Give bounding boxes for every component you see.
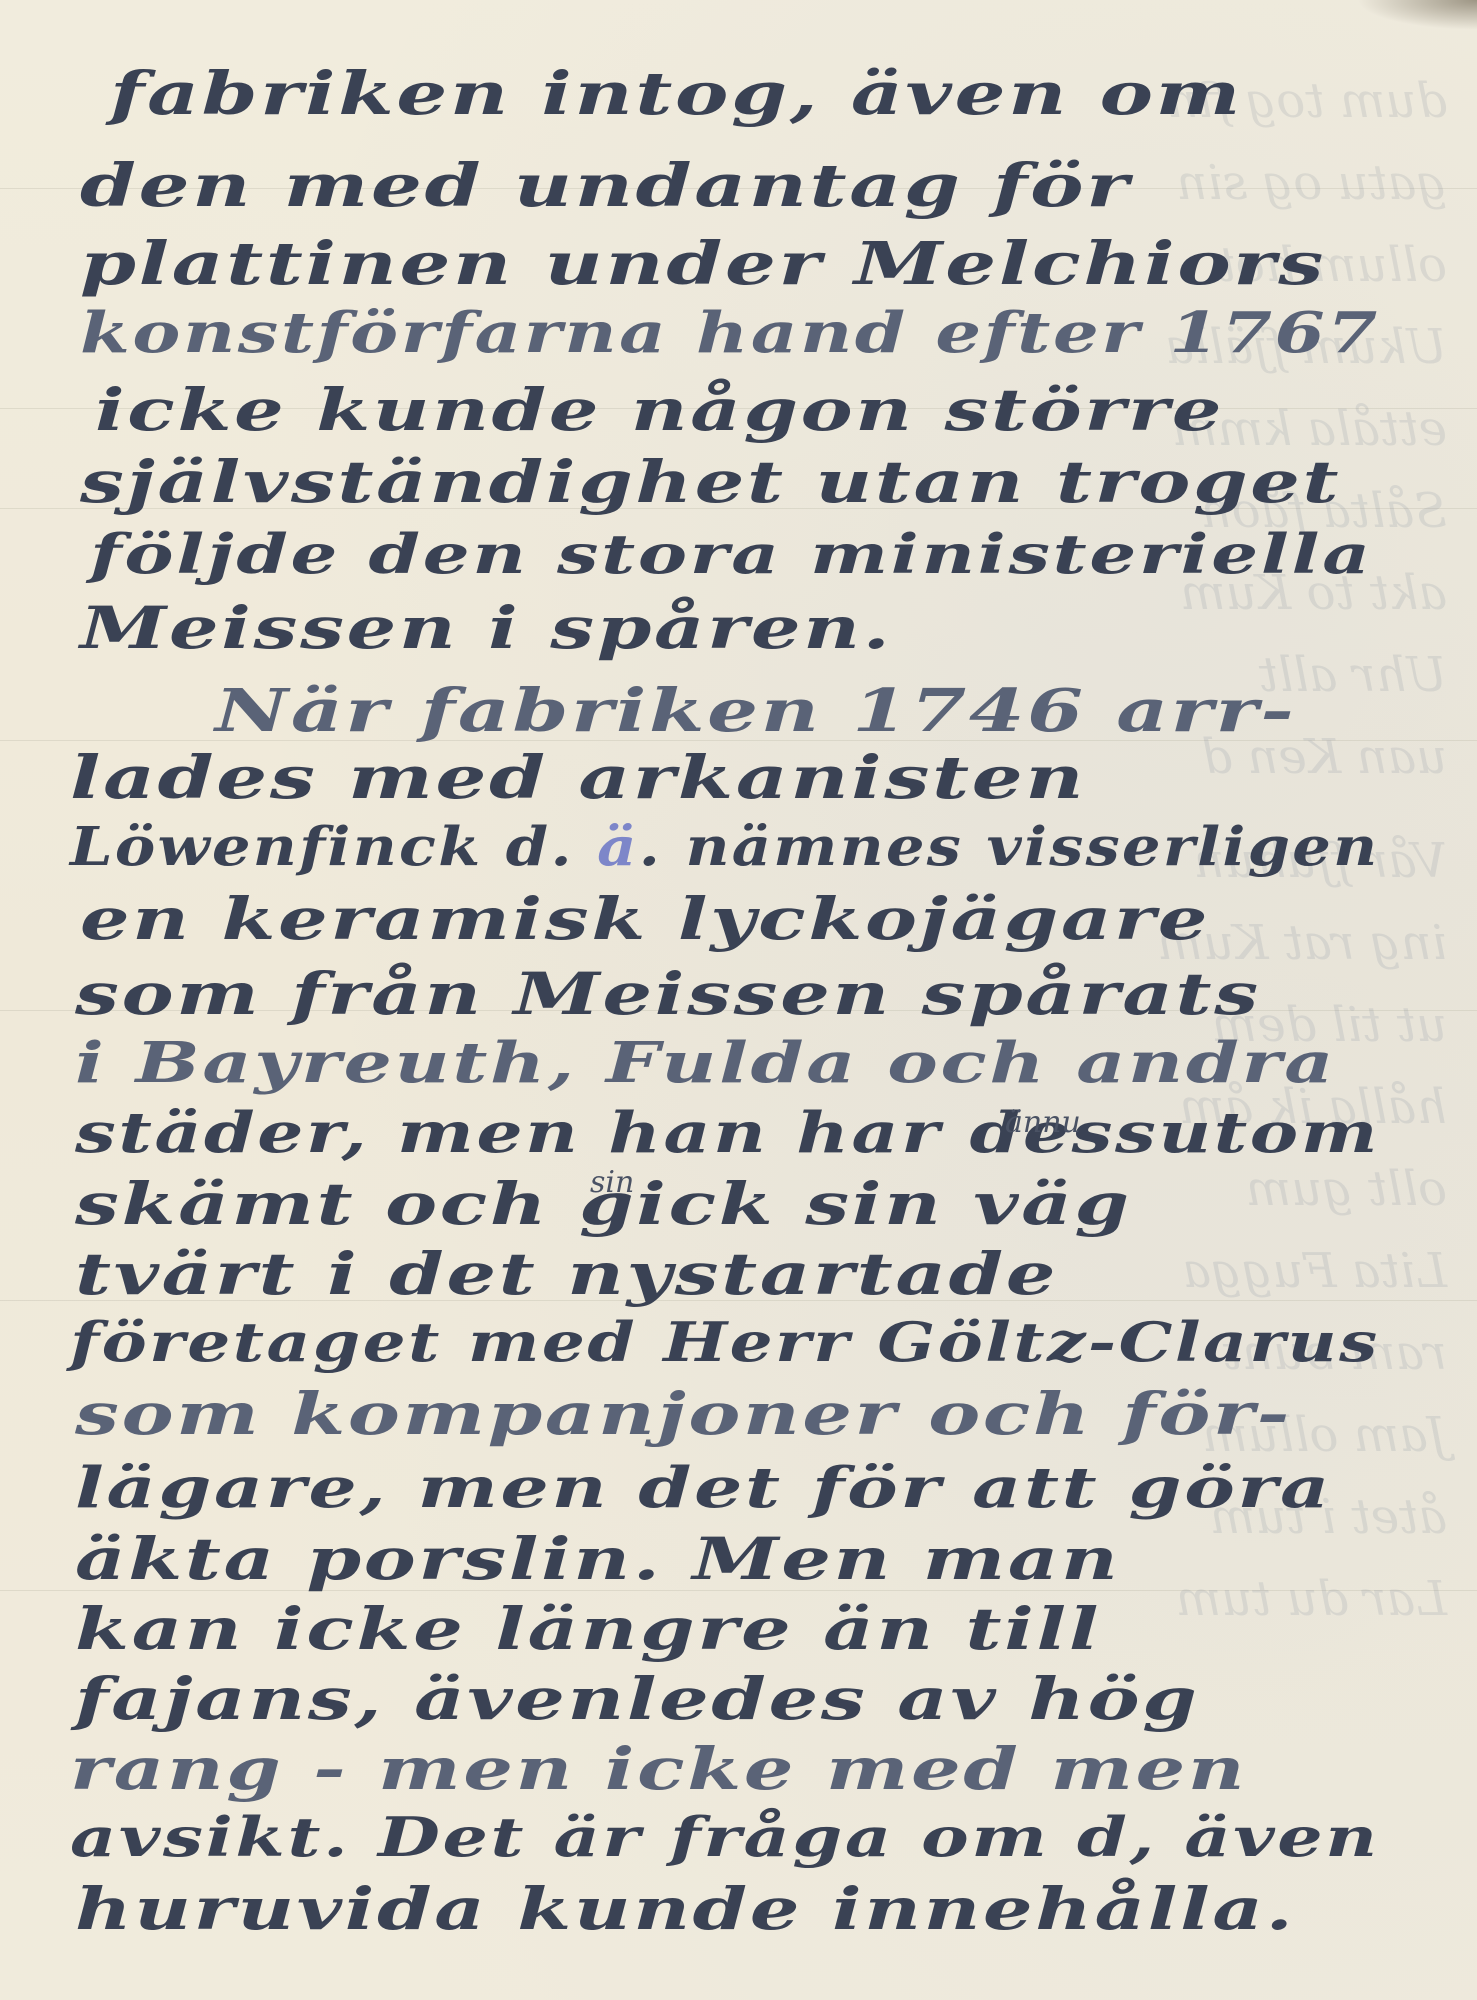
manuscript-line: rang - men icke med men: [70, 1735, 1247, 1803]
manuscript-line: företaget med Herr Göltz-Clarus: [70, 1310, 1380, 1374]
manuscript-line: tvärt i det nystartade: [75, 1240, 1058, 1308]
manuscript-line: Meissen i spåren.: [80, 594, 892, 662]
manuscript-page: dum tog fin gatu og sin ollum hot Ukum f…: [0, 0, 1477, 2000]
page-corner-shadow: [1357, 0, 1477, 30]
manuscript-line: lades med arkanisten: [70, 742, 1086, 812]
manuscript-line: Löwenfinck d. ä. nämnes visserligen: [70, 815, 1379, 878]
manuscript-line: följde den stora ministeriella: [90, 522, 1373, 586]
interlinear-insertion: sin: [590, 1165, 634, 1200]
manuscript-line: fajans, ävenledes av hög: [75, 1665, 1199, 1733]
manuscript-line: kan icke längre än till: [75, 1595, 1101, 1663]
interlinear-insertion: ännu: [1005, 1105, 1081, 1140]
ink-correction: ä: [597, 815, 639, 878]
manuscript-line: När fabriken 1746 arr-: [215, 675, 1296, 745]
manuscript-line: städer, men han har dessutom: [75, 1100, 1380, 1166]
manuscript-line: plattinen under Melchiors: [80, 228, 1326, 298]
manuscript-line: äkta porslin. Men man: [75, 1525, 1120, 1593]
manuscript-line: lägare, men det för att göra: [75, 1455, 1332, 1521]
manuscript-line: som kompanjoner och för-: [75, 1380, 1292, 1448]
manuscript-line: huruvida kunde innehålla.: [75, 1875, 1295, 1943]
manuscript-line: den med undantag för: [80, 150, 1131, 220]
manuscript-line: fabriken intog, även om: [110, 58, 1243, 128]
manuscript-line: icke kunde någon större: [95, 376, 1224, 444]
manuscript-line: självständighet utan troget: [80, 448, 1341, 516]
manuscript-line: en keramisk lyckojägare: [80, 885, 1210, 953]
manuscript-line: i Bayreuth, Fulda och andra: [75, 1030, 1336, 1096]
manuscript-line: som från Meissen spårats: [75, 960, 1261, 1028]
manuscript-line: avsikt. Det är fråga om d, även: [70, 1805, 1380, 1869]
manuscript-line: konstförfarna hand efter 1767: [80, 300, 1380, 366]
